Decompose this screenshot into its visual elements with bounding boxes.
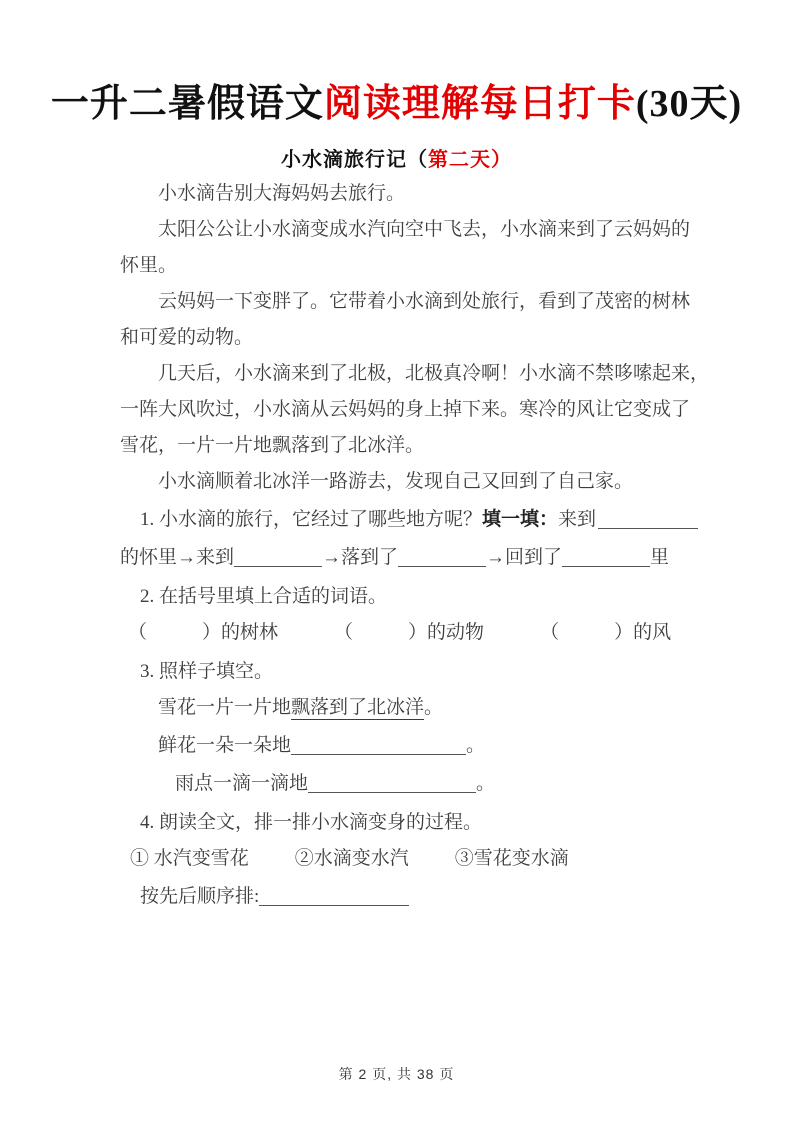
passage-line: 一阵大风吹过，小水滴从云妈妈的身上掉下来。寒冷的风让它变成了 bbox=[120, 392, 698, 428]
passage-line: 雪花，一片一片地飘落到了北冰洋。 bbox=[120, 428, 698, 464]
paren-item-text: ）的动物 bbox=[408, 622, 484, 643]
question-1-prompt: 1. 小水滴的旅行，它经过了哪些地方呢？填一填：来到 bbox=[120, 500, 698, 538]
blank-line bbox=[398, 542, 486, 567]
fill-period: 。 bbox=[466, 735, 485, 756]
question-2-options: （）的树林 （）的动物 （）的风 bbox=[128, 615, 698, 651]
passage-line: 云妈妈一下变胖了。它带着小水滴到处旅行，看到了茂密的树林 bbox=[120, 284, 698, 320]
example-period: 。 bbox=[424, 697, 443, 718]
example-prefix: 雪花一片一片地 bbox=[158, 697, 291, 718]
worksheet-page: 一升二暑假语文阅读理解每日打卡(30天) 小水滴旅行记（第二天） 小水滴告别大海… bbox=[0, 0, 793, 1122]
fill-prefix: 鲜花一朵一朵地 bbox=[158, 735, 291, 756]
page-title: 一升二暑假语文阅读理解每日打卡(30天) bbox=[0, 72, 793, 127]
question-1-text: 1. 小水滴的旅行，它经过了哪些地方呢？ bbox=[140, 502, 482, 538]
passage-line: 小水滴顺着北冰洋一路游去，发现自己又回到了自己家。 bbox=[120, 464, 698, 500]
fill-prefix: 雨点一滴一滴地 bbox=[175, 773, 308, 794]
blank-line bbox=[308, 768, 476, 793]
paren-item-text: ）的树林 bbox=[202, 622, 278, 643]
option-item: ③雪花变水滴 bbox=[455, 841, 569, 877]
blank-line bbox=[234, 542, 322, 567]
passage-day-badge: 第二天） bbox=[428, 149, 512, 171]
title-red-part: 阅读理解每日打卡 bbox=[324, 83, 636, 125]
worksheet-body: 小水滴告别大海妈妈去旅行。 太阳公公让小水滴变成水汽向空中飞去，小水滴来到了云妈… bbox=[120, 176, 698, 915]
sequence-segment: →落到了 bbox=[322, 547, 398, 568]
paren-fill-item: （）的动物 bbox=[334, 615, 484, 651]
blank-line bbox=[259, 881, 409, 906]
question-3-prompt: 3. 照样子填空。 bbox=[120, 654, 698, 690]
open-paren: （ bbox=[540, 622, 559, 643]
question-4-prompt: 4. 朗读全文，排一排小水滴变身的过程。 bbox=[120, 805, 698, 841]
question-2-prompt: 2. 在括号里填上合适的词语。 bbox=[120, 579, 698, 615]
question-3-example: 雪花一片一片地飘落到了北冰洋。 bbox=[120, 690, 698, 726]
page-number: 第 2 页, 共 38 页 bbox=[0, 1064, 793, 1084]
paren-fill-item: （）的树林 bbox=[128, 615, 278, 651]
fill-period: 。 bbox=[476, 773, 495, 794]
passage-line: 小水滴告别大海妈妈去旅行。 bbox=[120, 176, 698, 212]
question-3-fill-1: 鲜花一朵一朵地。 bbox=[120, 726, 698, 764]
open-paren: （ bbox=[128, 622, 147, 643]
title-black-part2: (30天) bbox=[636, 83, 742, 125]
passage-line: 几天后，小水滴来到了北极，北极真冷啊！小水滴不禁哆嗦起来， bbox=[120, 356, 698, 392]
blank-line bbox=[562, 542, 650, 567]
order-label: 按先后顺序排: bbox=[140, 886, 259, 907]
underlined-phrase: 飘落到了北冰洋 bbox=[291, 697, 424, 720]
blank-line bbox=[291, 730, 466, 755]
question-1-fill-label: 填一填： bbox=[482, 502, 558, 538]
passage-title: 小水滴旅行记（第二天） bbox=[0, 143, 793, 172]
question-4-answer-line: 按先后顺序排: bbox=[120, 877, 698, 915]
passage-line: 太阳公公让小水滴变成水汽向空中飞去，小水滴来到了云妈妈的 bbox=[120, 212, 698, 248]
sequence-segment: →回到了 bbox=[486, 547, 562, 568]
sequence-segment: 里 bbox=[650, 547, 669, 568]
title-black-part1: 一升二暑假语文 bbox=[51, 83, 324, 125]
question-1-preblank-text: 来到 bbox=[558, 502, 596, 538]
question-1-sequence: 的怀里→来到→落到了→回到了里 bbox=[120, 538, 698, 576]
sequence-segment: 的怀里→来到 bbox=[120, 547, 234, 568]
paren-item-text: ）的风 bbox=[614, 622, 671, 643]
question-3-fill-2: 雨点一滴一滴地。 bbox=[120, 764, 698, 802]
blank-line bbox=[598, 504, 698, 529]
passage-line: 和可爱的动物。 bbox=[120, 320, 698, 356]
passage-title-text: 小水滴旅行记（ bbox=[281, 149, 428, 171]
option-item: ① 水汽变雪花 bbox=[130, 841, 249, 877]
open-paren: （ bbox=[334, 622, 353, 643]
question-4-options: ① 水汽变雪花 ②水滴变水汽 ③雪花变水滴 bbox=[130, 841, 698, 877]
option-item: ②水滴变水汽 bbox=[295, 841, 409, 877]
paren-fill-item: （）的风 bbox=[540, 615, 671, 651]
passage-line: 怀里。 bbox=[120, 248, 698, 284]
